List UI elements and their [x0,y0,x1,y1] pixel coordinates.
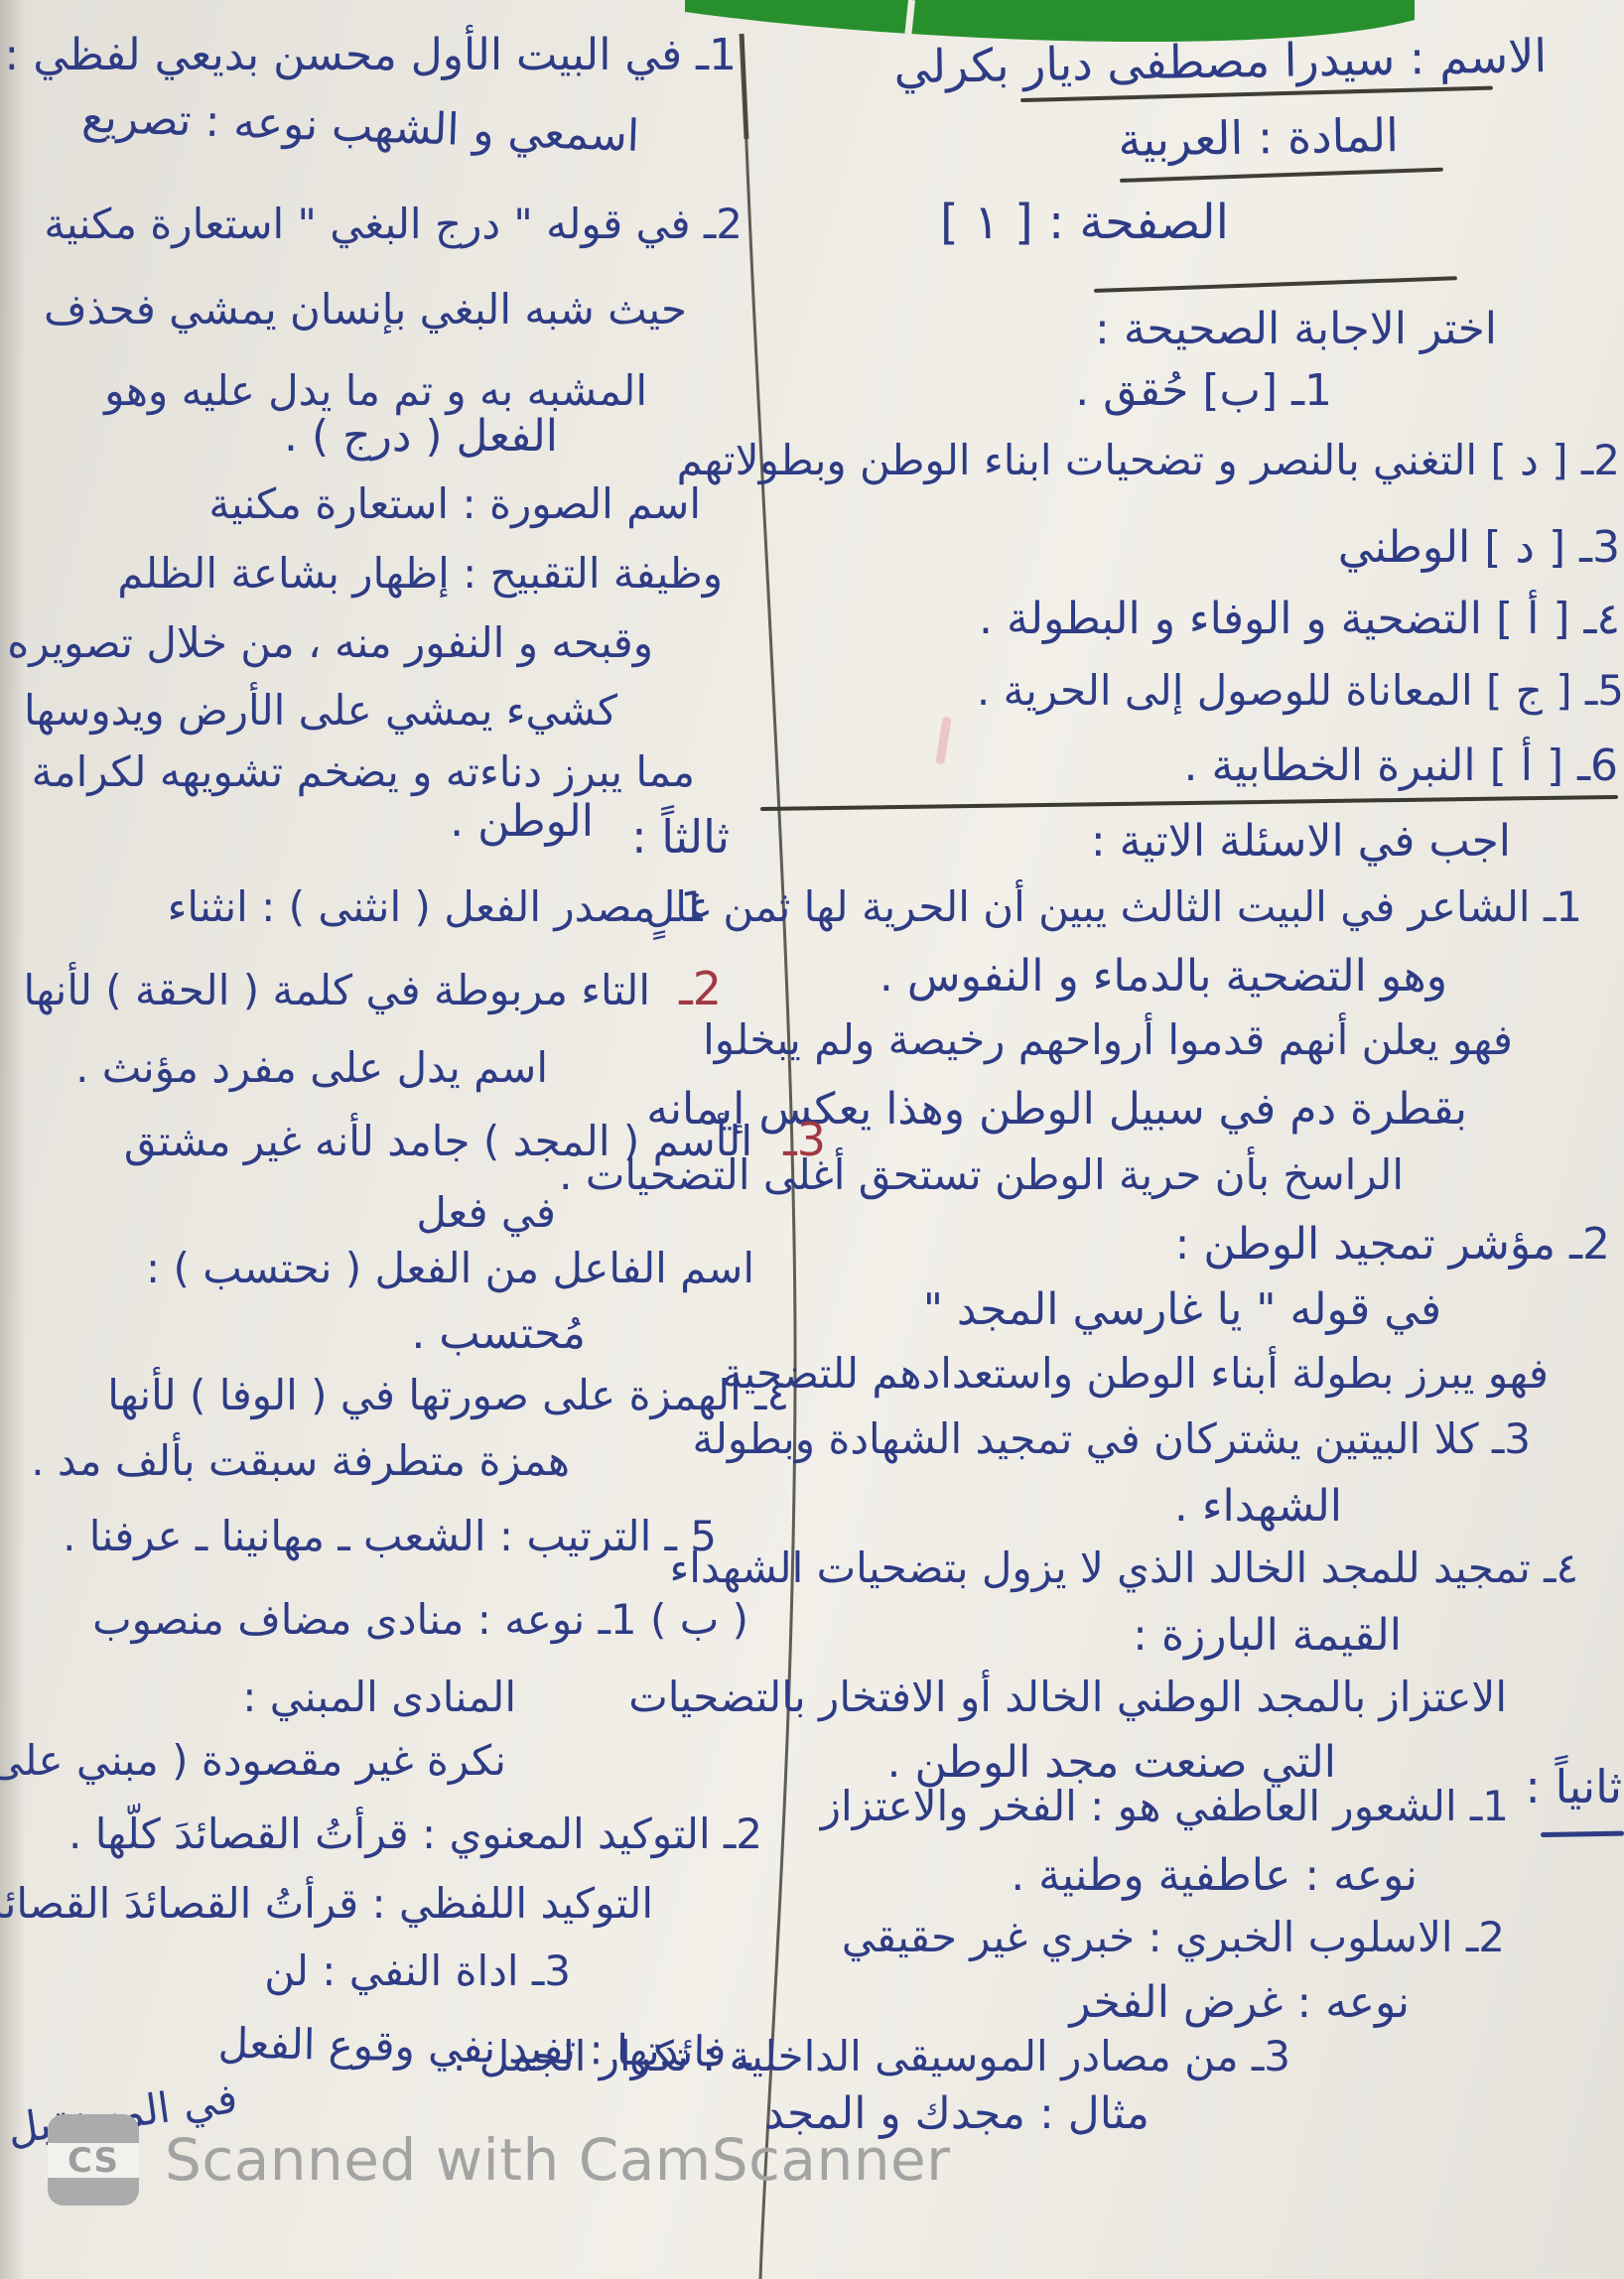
handwritten-line: 2ـ في قوله " درج البغي " استعارة مكنية [44,199,743,251]
handwritten-line: 2ـ [ د ] التغني بالنصر و تضحيات ابناء ال… [677,435,1620,487]
handwritten-line: اجب في الاسئلة الاتية : [1091,814,1511,869]
handwritten-line: التوكيد اللفظي : قرأتُ القصائدَ القصائدُ [0,1878,653,1931]
handwritten-line: 1ـ الشعور العاطفي هو : الفخر والاعتزاز [821,1781,1509,1833]
handwritten-line: اختر الاجابة الصحيحة : [1095,302,1497,356]
handwritten-line: فهو يعلن أنهم قدموا أرواحهم رخيصة ولم يب… [703,1014,1513,1067]
handwritten-line: وظيفة التقبيح : إظهار بشاعة الظلم [117,548,723,601]
handwritten-line: الفعل ( درج ) . [284,409,558,464]
handwritten-line: كشيء يمشي على الأرض ويدوسها [24,685,617,737]
handwritten-line: 3ـ كلا البيتين يشتركان في تمجيد الشهادة … [693,1413,1531,1466]
scan-shadow-left [0,0,26,2279]
handwritten-line: الاسم : سيدرا مصطفى ديار بكرلي [893,28,1548,96]
handwritten-line: ٤ـ تمجيد للمجد الخالد الذي لا يزول بتضحي… [670,1542,1579,1595]
camscanner-watermark: CS Scanned with CamScanner [48,2114,951,2206]
handwritten-line: 2ـ مؤشر تمجيد الوطن : [1175,1217,1610,1272]
scanned-document-page: الاسم : سيدرا مصطفى ديار بكرليالمادة : ا… [0,0,1624,2279]
handwritten-line: وقبحه و النفور منه ، من خلال تصويره [7,617,653,670]
handwritten-line: الشهداء . [1174,1479,1342,1534]
handwritten-line: ـ فائدتها : تفيد نفي وقوع الفعل [218,2018,752,2079]
handwritten-line: في قوله " يا غارسي المجد " [923,1282,1441,1337]
handwritten-line: نكرة غير مقصودة ( مبني على الضم ) [0,1735,506,1788]
handwritten-line: في فعل [416,1187,556,1240]
handwritten-line: 3ـ [ د ] الوطني [1338,520,1620,575]
handwritten-line: وهو التضحية بالدماء و النفوس . [880,949,1447,1004]
handwritten-line: ٤ـ [ أ ] التضحية و الوفاء و البطولة . [979,592,1620,646]
handwritten-line: 1ـ مصدر الفعل ( انثنى ) : انثناء [168,881,707,934]
handwritten-line: نوعه : غرض الفخر [1069,1975,1410,2030]
handwritten-line: القيمة البارزة : [1133,1608,1402,1663]
handwritten-line: الوطن . [450,794,594,849]
handwritten-line: اسم الفاعل من الفعل ( نحتسب ) : [146,1243,754,1295]
handwritten-line: فهو يبرز بطولة أبناء الوطن واستعدادهم لل… [722,1348,1549,1401]
handwritten-line: الاعتزاز بالمجد الوطني الخالد أو الافتخا… [628,1672,1507,1724]
handwritten-line: 3ـ اداة النفي : لن [264,1945,571,1998]
page-fold-line-top [742,34,746,139]
handwritten-line: 1ـ [ب] حُقق . [1075,363,1332,418]
handwritten-line: الأسم ( المجد ) جامد لأنه غير مشتق [124,1116,752,1168]
handwritten-line: 1ـ الشاعر في البيت الثالث يبين أن الحرية… [618,881,1582,934]
handwritten-line: 3ـ [783,1112,826,1169]
handwritten-line: مما يبرز دناءته و يضخم تشويهه لكرامة [32,746,695,799]
handwritten-line: الصفحة : [ ١ ] [940,193,1229,252]
handwritten-line: اسم يدل على مفرد مؤنث . [75,1042,548,1095]
handwritten-line: 2ـ الاسلوب الخبري : خبري غير حقيقي [842,1912,1505,1964]
handwritten-line: 2ـ [679,961,722,1018]
handwritten-line: المنادى المبني : [242,1672,516,1724]
camscanner-icon: CS [48,2114,139,2206]
handwritten-line: همزة متطرفة سبقت بألف مد . [31,1435,570,1488]
handwritten-line: مُحتسب . [411,1306,586,1361]
handwritten-line: 2ـ التوكيد المعنوي : قرأتُ القصائدَ كلّه… [68,1809,762,1861]
handwritten-line: ثالثاً : [631,809,730,867]
handwritten-line: نوعه : عاطفية وطنية . [1011,1848,1418,1903]
handwritten-line: 6ـ [ أ ] النبرة الخطابية . [1183,738,1618,793]
handwritten-line: اسم الصورة : استعارة مكنية [208,478,701,531]
handwritten-line: المادة : العربية [1118,107,1399,169]
camscanner-icon-band: CS [48,2143,139,2178]
handwritten-line: ( ب ) 1ـ نوعه : منادى مضاف منصوب [92,1594,748,1647]
handwritten-line: ٤ـ الهمزة على صورتها في ( الوفا ) لأنها [107,1370,789,1422]
handwritten-line: التاء مربوطة في كلمة ( الحقة ) لأنها [24,965,650,1017]
handwritten-line: 5 ـ الترتيب : الشعب ـ مهانينا ـ عرفنا . [63,1511,717,1563]
handwritten-line: حيث شبه البغي بإنسان يمشي فحذف [44,284,687,336]
handwritten-line: 5ـ [ ج ] المعاناة للوصول إلى الحرية . [977,665,1624,718]
camscanner-watermark-text: Scanned with CamScanner [165,2126,951,2194]
camscanner-icon-label: CS [68,2141,119,2181]
handwritten-line: بقطرة دم في سبيل الوطن وهذا يعكس إيمانه [646,1082,1467,1137]
handwritten-line: ثانياً : [1525,1759,1622,1816]
handwritten-line: 1ـ في البيت الأول محسن بديعي لفظي : [4,28,737,82]
